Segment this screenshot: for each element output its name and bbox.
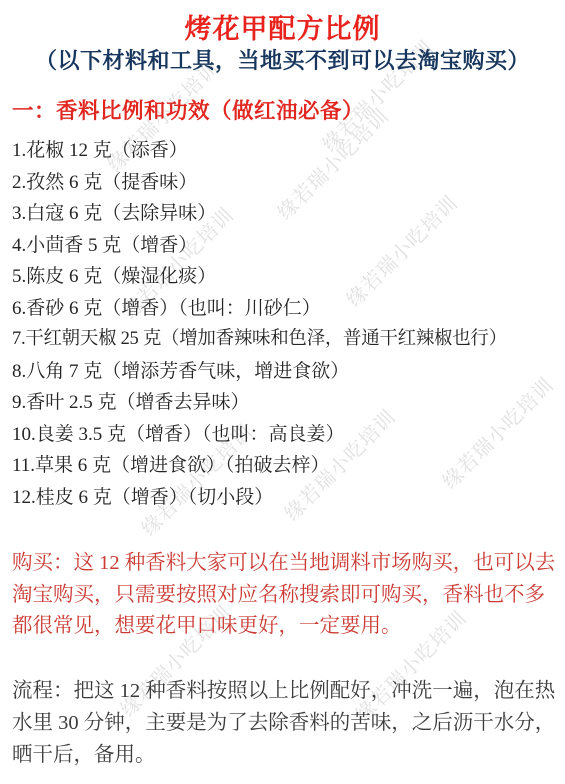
document-content: 烤花甲配方比例 （以下材料和工具，当地买不到可以去淘宝购买） 一：香料比例和功效… — [0, 0, 565, 771]
process-note: 流程：把这 12 种香料按照以上比例配好，冲洗一遍，泡在热 水里 30 分钟，主… — [12, 675, 555, 771]
purchase-note-line-3: 都很常见，想要花甲口味更好，一定要用。 — [12, 611, 555, 643]
spice-item-7: 7.干红朝天椒 25 克（增加香辣味和色泽，普通干红辣椒也行） — [12, 324, 565, 356]
spice-list: 1.花椒 12 克（添香） 2.孜然 6 克（提香味） 3.白寇 6 克（去除异… — [12, 135, 565, 513]
process-note-line-2: 水里 30 分钟，主要是为了去除香料的苦味，之后沥干水分， — [12, 707, 555, 739]
spice-item-8: 8.八角 7 克（增添芳香气味，增进食欲） — [12, 356, 565, 388]
spice-item-2: 2.孜然 6 克（提香味） — [12, 167, 565, 199]
section-heading: 一：香料比例和功效（做红油必备） — [12, 98, 565, 124]
spice-item-6: 6.香砂 6 克（增香）（也叫：川砂仁） — [12, 293, 565, 325]
purchase-note-line-2: 淘宝购买，只需要按照对应名称搜索即可购买，香料也不多 — [12, 580, 555, 612]
spice-item-1: 1.花椒 12 克（添香） — [12, 135, 565, 167]
spice-item-5: 5.陈皮 6 克（燥湿化痰） — [12, 261, 565, 293]
spice-item-4: 4.小茴香 5 克（增香） — [12, 230, 565, 262]
purchase-note: 购买：这 12 种香料大家可以在当地调料市场购买，也可以去 淘宝购买，只需要按照… — [12, 548, 555, 643]
spice-item-9: 9.香叶 2.5 克（增香去异味） — [12, 387, 565, 419]
spice-item-11: 11.草果 6 克（增进食欲）（拍破去梓） — [12, 450, 565, 482]
spice-item-12: 12.桂皮 6 克（增香）（切小段） — [12, 482, 565, 514]
process-note-line-1: 流程：把这 12 种香料按照以上比例配好，冲洗一遍，泡在热 — [12, 675, 555, 707]
process-note-line-3: 晒干后，备用。 — [12, 739, 555, 771]
spice-item-10: 10.良姜 3.5 克（增香）（也叫：高良姜） — [12, 419, 565, 451]
spice-item-3: 3.白寇 6 克（去除异味） — [12, 198, 565, 230]
recipe-document-page: 缘若瑞小吃培训缘若瑞小吃培训缘若瑞小吃培训缘若瑞小吃培训缘若瑞小吃培训缘若瑞小吃… — [0, 0, 565, 784]
page-title: 烤花甲配方比例 — [0, 13, 565, 45]
purchase-note-line-1: 购买：这 12 种香料大家可以在当地调料市场购买，也可以去 — [12, 548, 555, 580]
page-subtitle: （以下材料和工具，当地买不到可以去淘宝购买） — [0, 47, 565, 75]
